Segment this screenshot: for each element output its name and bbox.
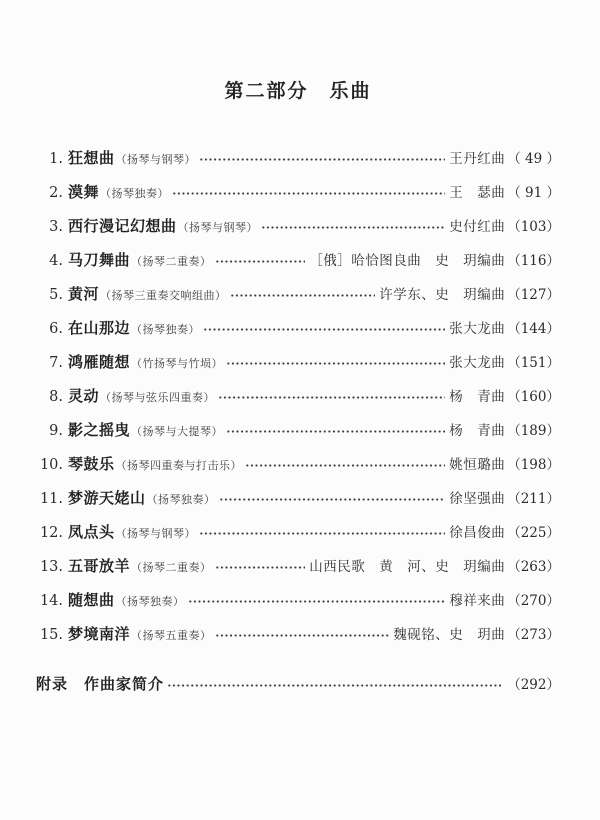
entry-instrumentation: （竹扬琴与竹埙） — [130, 356, 223, 372]
entry-title: 西行漫记幻想曲 — [68, 218, 177, 234]
entry-composer: 山西民歌 黄 河、史 玥编曲 — [309, 559, 505, 575]
entry-page-number: （127） — [505, 287, 560, 303]
toc-entry: 15. 梦境南洋 （扬琴五重奏） 魏砚铭、史 玥曲 （273） — [36, 626, 560, 644]
appendix-row: 附录 作曲家简介 （292） — [36, 676, 560, 693]
entry-composer: ［俄］哈恰图良曲 史 玥编曲 — [309, 253, 505, 269]
entry-instrumentation: （扬琴与大提琴） — [130, 424, 223, 440]
entry-instrumentation: （扬琴五重奏） — [130, 628, 212, 644]
entry-title: 凤点头 — [68, 524, 115, 540]
dot-leader — [199, 531, 445, 536]
entry-number: 1. — [36, 151, 68, 167]
toc-entry: 9. 影之摇曳 （扬琴与大提琴） 杨 青曲 （189） — [36, 422, 560, 440]
entry-page-number: （ 91 ） — [505, 185, 560, 201]
entry-page-number: （103） — [505, 219, 560, 235]
entry-instrumentation: （扬琴三重奏交响组曲） — [99, 288, 227, 304]
entry-title: 五哥放羊 — [68, 558, 130, 574]
entry-page-number: （225） — [505, 525, 560, 541]
entry-instrumentation: （扬琴独奏） — [130, 322, 200, 338]
entry-page-number: （144） — [505, 321, 560, 337]
entry-number: 14. — [36, 593, 68, 609]
entry-number: 9. — [36, 423, 68, 439]
toc-entry: 14. 随想曲 （扬琴独奏） 穆祥来曲 （270） — [36, 592, 560, 610]
entry-instrumentation: （扬琴二重奏） — [130, 254, 212, 270]
entry-title: 灵动 — [68, 388, 99, 404]
entry-composer: 张大龙曲 — [449, 321, 505, 337]
toc-entry: 10. 琴鼓乐 （扬琴四重奏与打击乐） 姚恒璐曲 （198） — [36, 456, 560, 474]
appendix-label: 附录 作曲家简介 — [36, 676, 164, 692]
entry-composer: 魏砚铭、史 玥曲 — [393, 627, 505, 643]
entry-page-number: （189） — [505, 423, 560, 439]
entry-composer: 杨 青曲 — [449, 423, 505, 439]
toc-entry: 12. 凤点头 （扬琴与钢琴） 徐昌俊曲 （225） — [36, 524, 560, 542]
entry-instrumentation: （扬琴与弦乐四重奏） — [99, 390, 215, 406]
entry-title: 鸿雁随想 — [68, 354, 130, 370]
entry-number: 15. — [36, 627, 68, 643]
entry-number: 12. — [36, 525, 68, 541]
entry-page-number: （160） — [505, 389, 560, 405]
entry-title: 随想曲 — [68, 592, 115, 608]
dot-leader — [226, 361, 445, 366]
dot-leader — [215, 259, 306, 264]
dot-leader — [245, 463, 445, 468]
entry-page-number: （198） — [505, 457, 560, 473]
toc-entry: 13. 五哥放羊 （扬琴二重奏） 山西民歌 黄 河、史 玥编曲 （263） — [36, 558, 560, 576]
entry-composer: 杨 青曲 — [449, 389, 505, 405]
entry-composer: 徐坚强曲 — [449, 491, 505, 507]
entry-composer: 姚恒璐曲 — [449, 457, 505, 473]
entry-number: 11. — [36, 491, 68, 507]
toc-entry: 7. 鸿雁随想 （竹扬琴与竹埙） 张大龙曲 （151） — [36, 354, 560, 372]
toc-entry: 4. 马刀舞曲 （扬琴二重奏） ［俄］哈恰图良曲 史 玥编曲 （116） — [36, 252, 560, 270]
dot-leader — [230, 293, 376, 298]
toc-entry: 6. 在山那边 （扬琴独奏） 张大龙曲 （144） — [36, 320, 560, 338]
entry-composer: 王 瑟曲 — [449, 185, 505, 201]
entry-title: 漠舞 — [68, 184, 99, 200]
toc-list: 1. 狂想曲 （扬琴与钢琴） 王丹红曲 （ 49 ） 2. 漠舞 （扬琴独奏） … — [36, 150, 560, 644]
dot-leader — [219, 497, 446, 502]
toc-entry: 8. 灵动 （扬琴与弦乐四重奏） 杨 青曲 （160） — [36, 388, 560, 406]
toc-entry: 1. 狂想曲 （扬琴与钢琴） 王丹红曲 （ 49 ） — [36, 150, 560, 168]
entry-page-number: （211） — [505, 491, 560, 507]
entry-composer: 徐昌俊曲 — [449, 525, 505, 541]
dot-leader — [188, 599, 446, 604]
entry-page-number: （263） — [505, 559, 560, 575]
entry-number: 4. — [36, 253, 68, 269]
entry-composer: 许学东、史 玥编曲 — [379, 287, 505, 303]
toc-entry: 2. 漠舞 （扬琴独奏） 王 瑟曲 （ 91 ） — [36, 184, 560, 202]
entry-number: 8. — [36, 389, 68, 405]
entry-number: 2. — [36, 185, 68, 201]
entry-instrumentation: （扬琴独奏） — [115, 594, 185, 610]
entry-title: 琴鼓乐 — [68, 456, 115, 472]
book-toc-page: 第二部分 乐曲 1. 狂想曲 （扬琴与钢琴） 王丹红曲 （ 49 ） 2. 漠舞… — [0, 0, 600, 820]
entry-composer: 穆祥来曲 — [449, 593, 505, 609]
entry-title: 马刀舞曲 — [68, 252, 130, 268]
dot-leader — [215, 565, 306, 570]
entry-number: 5. — [36, 287, 68, 303]
entry-composer: 史付红曲 — [449, 219, 505, 235]
entry-page-number: （116） — [505, 253, 560, 269]
entry-title: 在山那边 — [68, 320, 130, 336]
entry-composer: 张大龙曲 — [449, 355, 505, 371]
entry-composer: 王丹红曲 — [449, 151, 505, 167]
entry-number: 7. — [36, 355, 68, 371]
dot-leader — [215, 633, 390, 638]
entry-number: 3. — [36, 219, 68, 235]
entry-instrumentation: （扬琴独奏） — [99, 186, 169, 202]
entry-title: 狂想曲 — [68, 150, 115, 166]
toc-entry: 11. 梦游天姥山 （扬琴独奏） 徐坚强曲 （211） — [36, 490, 560, 508]
entry-instrumentation: （扬琴与钢琴） — [177, 220, 259, 236]
entry-instrumentation: （扬琴二重奏） — [130, 560, 212, 576]
entry-page-number: （273） — [505, 627, 560, 643]
dot-leader — [199, 157, 445, 162]
entry-page-number: （ 49 ） — [505, 151, 560, 167]
entry-page-number: （151） — [505, 355, 560, 371]
dot-leader — [203, 327, 445, 332]
toc-entry: 3. 西行漫记幻想曲 （扬琴与钢琴） 史付红曲 （103） — [36, 218, 560, 236]
toc-entry: 5. 黄河 （扬琴三重奏交响组曲） 许学东、史 玥编曲 （127） — [36, 286, 560, 304]
dot-leader — [167, 683, 501, 688]
dot-leader — [261, 225, 445, 230]
entry-instrumentation: （扬琴四重奏与打击乐） — [115, 458, 243, 474]
entry-instrumentation: （扬琴与钢琴） — [115, 152, 197, 168]
dot-leader — [218, 395, 445, 400]
dot-leader — [172, 191, 445, 196]
entry-instrumentation: （扬琴独奏） — [146, 492, 216, 508]
appendix-page-number: （292） — [505, 677, 560, 693]
entry-number: 13. — [36, 559, 68, 575]
entry-number: 10. — [36, 457, 68, 473]
entry-instrumentation: （扬琴与钢琴） — [115, 526, 197, 542]
entry-title: 影之摇曳 — [68, 422, 130, 438]
entry-title: 梦游天姥山 — [68, 490, 146, 506]
entry-title: 梦境南洋 — [68, 626, 130, 642]
dot-leader — [226, 429, 445, 434]
entry-page-number: （270） — [505, 593, 560, 609]
entry-number: 6. — [36, 321, 68, 337]
entry-title: 黄河 — [68, 286, 99, 302]
section-title: 第二部分 乐曲 — [36, 78, 560, 104]
